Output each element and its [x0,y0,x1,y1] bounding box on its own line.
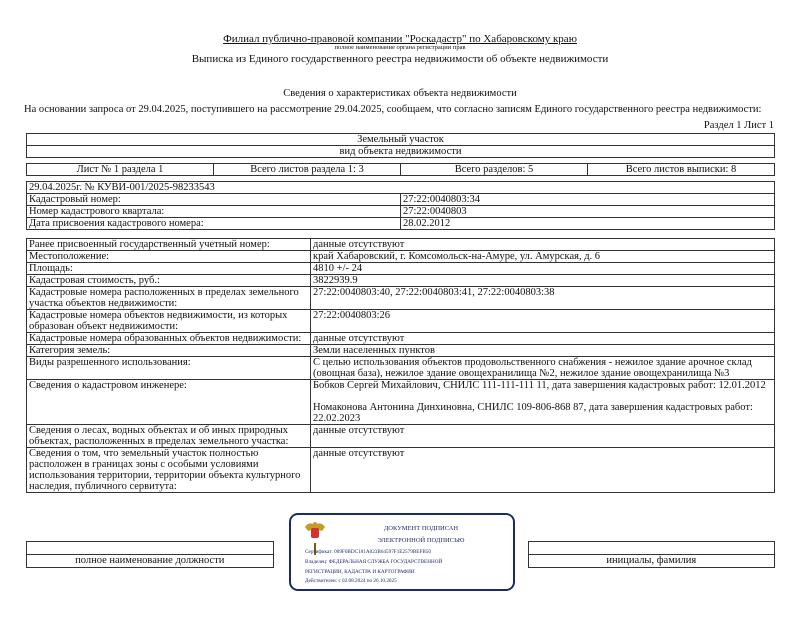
row-label: Кадастровый номер: [27,194,401,206]
stamp-certificate: Сертификат: 009F0BDC181A023B6459​7F1E257… [305,549,431,555]
row-value: край Хабаровский, г. Комсомольск-на-Амур… [311,251,775,263]
row-label: Местоположение: [27,251,311,263]
row-label: Сведения о том, что земельный участок по… [27,448,311,493]
table-row: Сведения о том, что земельный участок по… [27,448,775,493]
row-value: данные отсутствуют [311,239,775,251]
row-label: Кадастровые номера расположенных в преде… [27,287,311,310]
row-label: Виды разрешенного использования: [27,357,311,380]
object-type: Земельный участок [27,134,775,146]
total-sheets: Всего листов выписки: 8 [588,164,775,176]
row-label: Кадастровые номера образованных объектов… [27,333,311,345]
stamp-line2: ЭЛЕКТРОННОЙ ПОДПИСЬЮ [331,537,511,544]
name-field [528,542,775,555]
electronic-signature-stamp: ДОКУМЕНТ ПОДПИСАН ЭЛЕКТРОННОЙ ПОДПИСЬЮ С… [289,513,515,591]
intro-text: На основании запроса от 29.04.2025, пост… [24,104,794,115]
table-row: Кадастровые номера расположенных в преде… [27,287,775,310]
name-caption: инициалы, фамилия [528,555,775,568]
stamp-validity: Действителен: с 02.08.2024 по 26.10.2025 [305,578,397,584]
total-sheets-section: Всего листов раздела 1: 3 [214,164,401,176]
row-value: 28.02.2012 [401,218,775,230]
object-type-caption: вид объекта недвижимости [27,146,775,158]
organization-caption: полное наименование органа регистрации п… [0,44,800,51]
position-caption: полное наименование должности [27,555,274,568]
row-value: данные отсутствуют [311,425,775,448]
table-row: Категория земель:Земли населенных пункто… [27,345,775,357]
row-label: Кадастровая стоимость, руб.: [27,275,311,287]
table-row: Ранее присвоенный государственный учетны… [27,239,775,251]
object-type-table: Земельный участок вид объекта недвижимос… [26,133,775,158]
position-field [27,542,274,555]
row-label: Сведения о лесах, водных объектах и об и… [27,425,311,448]
row-value: С целью использования объектов продоволь… [311,357,775,380]
row-label: Сведения о кадастровом инженере: [27,380,311,425]
table-row: Кадастровые номера образованных объектов… [27,333,775,345]
total-sections: Всего разделов: 5 [401,164,588,176]
row-label: Категория земель: [27,345,311,357]
request-id: 29.04.2025г. № КУВИ-001/2025-98233543 [27,182,775,194]
table-row: Кадастровые номера объектов недвижимости… [27,310,775,333]
document-title: Выписка из Единого государственного реес… [0,53,800,65]
stamp-line1: ДОКУМЕНТ ПОДПИСАН [331,525,511,532]
row-label: Дата присвоения кадастрового номера: [27,218,401,230]
table-row: Дата присвоения кадастрового номера:28.0… [27,218,775,230]
table-row: Площадь:4810 +/- 24 [27,263,775,275]
row-label: Номер кадастрового квартала: [27,206,401,218]
row-label: Ранее присвоенный государственный учетны… [27,239,311,251]
row-label: Площадь: [27,263,311,275]
row-value: 27:22:0040803:26 [311,310,775,333]
table-row: Виды разрешенного использования:С целью … [27,357,775,380]
table-row: Кадастровый номер:27:22:0040803:34 [27,194,775,206]
row-value: данные отсутствуют [311,333,775,345]
row-label: Кадастровые номера объектов недвижимости… [27,310,311,333]
row-value: Бобков Сергей Михайлович, СНИЛС 111-111-… [311,380,775,425]
row-value: 27:22:0040803:40, 27:22:0040803:41, 27:2… [311,287,775,310]
row-value: 3822939.9 [311,275,775,287]
row-value: данные отсутствуют [311,448,775,493]
row-value: 4810 +/- 24 [311,263,775,275]
details-table: Ранее присвоенный государственный учетны… [26,238,775,493]
table-row: Местоположение:край Хабаровский, г. Комс… [27,251,775,263]
identity-table: 29.04.2025г. № КУВИ-001/2025-98233543 Ка… [26,181,775,230]
sheet-number: Лист № 1 раздела 1 [27,164,214,176]
section-title: Сведения о характеристиках объекта недви… [0,88,800,99]
stamp-owner2: РЕГИСТРАЦИИ, КАДАСТРА И КАРТОГРАФИИ [305,569,415,575]
row-value: Земли населенных пунктов [311,345,775,357]
sheet-info-table: Лист № 1 раздела 1 Всего листов раздела … [26,163,775,176]
table-row: Кадастровая стоимость, руб.:3822939.9 [27,275,775,287]
stamp-owner: Владелец: ФЕДЕРАЛЬНАЯ СЛУЖБА ГОСУДАРСТВЕ… [305,559,442,565]
coat-of-arms-icon [303,519,327,543]
table-row: Номер кадастрового квартала:27:22:004080… [27,206,775,218]
row-value: 27:22:0040803:34 [401,194,775,206]
table-row: Сведения о кадастровом инженере:Бобков С… [27,380,775,425]
row-value: 27:22:0040803 [401,206,775,218]
section-sheet-label: Раздел 1 Лист 1 [704,120,774,131]
table-row: Сведения о лесах, водных объектах и об и… [27,425,775,448]
